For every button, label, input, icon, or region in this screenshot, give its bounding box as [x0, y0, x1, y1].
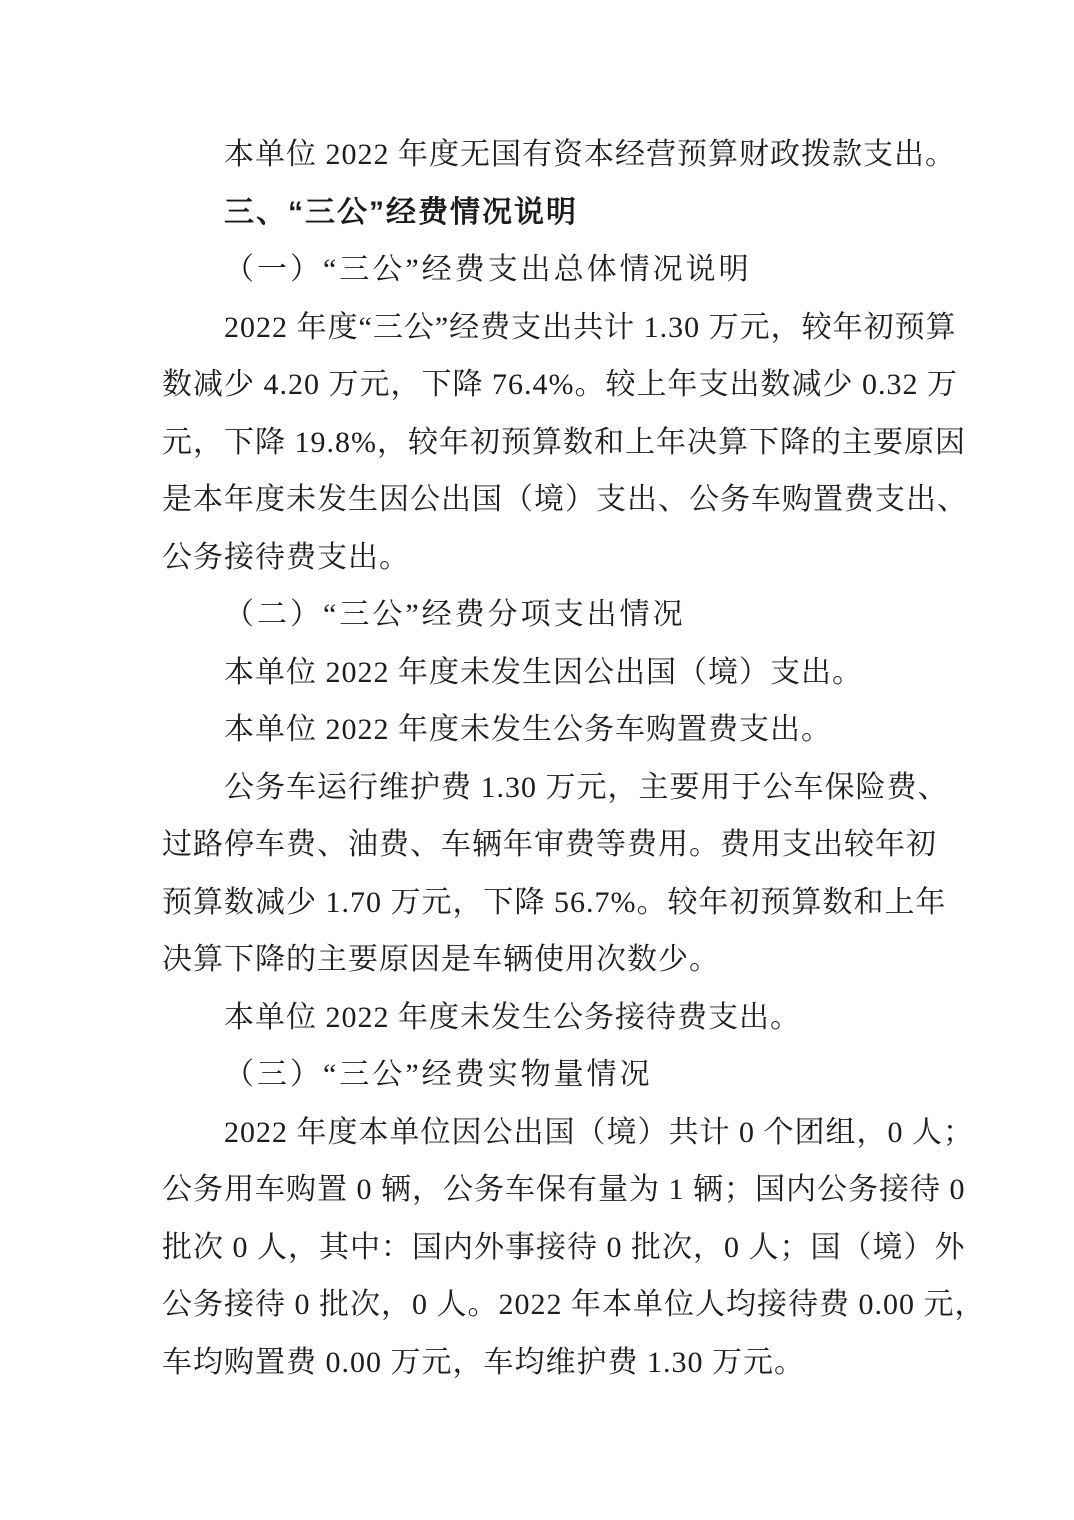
text-line: 公务用车购置 0 辆，公务车保有量为 1 辆；国内公务接待 0: [162, 1161, 922, 1219]
text-line: 公务车运行维护费 1.30 万元，主要用于公车保险费、: [162, 759, 922, 817]
text-line: 本单位 2022 年度未发生公务接待费支出。: [162, 989, 922, 1047]
text-line: 决算下降的主要原因是车辆使用次数少。: [162, 931, 922, 989]
text-line: 2022 年度本单位因公出国（境）共计 0 个团组，0 人；: [162, 1104, 922, 1162]
text-line: 批次 0 人，其中：国内外事接待 0 批次，0 人；国（境）外: [162, 1219, 922, 1277]
section-heading: 三、“三公”经费情况说明: [162, 184, 922, 242]
subsection-heading: （二）“三公”经费分项支出情况: [162, 586, 922, 644]
subsection-heading: （一）“三公”经费支出总体情况说明: [162, 241, 922, 299]
text-line: 是本年度未发生因公出国（境）支出、公务车购置费支出、: [162, 471, 922, 529]
text-line: 数减少 4.20 万元，下降 76.4%。较上年支出数减少 0.32 万: [162, 356, 922, 414]
text-line: 本单位 2022 年度无国有资本经营预算财政拨款支出。: [162, 126, 922, 184]
text-line: 车均购置费 0.00 万元，车均维护费 1.30 万元。: [162, 1334, 922, 1392]
text-line: 公务接待 0 批次，0 人。2022 年本单位人均接待费 0.00 元，: [162, 1276, 922, 1334]
document-page: 本单位 2022 年度无国有资本经营预算财政拨款支出。三、“三公”经费情况说明（…: [0, 0, 1074, 1520]
text-line: 预算数减少 1.70 万元，下降 56.7%。较年初预算数和上年: [162, 874, 922, 932]
text-line: 公务接待费支出。: [162, 529, 922, 587]
text-line: 本单位 2022 年度未发生因公出国（境）支出。: [162, 644, 922, 702]
subsection-heading: （三）“三公”经费实物量情况: [162, 1046, 922, 1104]
document-content: 本单位 2022 年度无国有资本经营预算财政拨款支出。三、“三公”经费情况说明（…: [162, 126, 922, 1391]
text-line: 元，下降 19.8%，较年初预算数和上年决算下降的主要原因: [162, 414, 922, 472]
text-line: 本单位 2022 年度未发生公务车购置费支出。: [162, 701, 922, 759]
text-line: 2022 年度“三公”经费支出共计 1.30 万元，较年初预算: [162, 299, 922, 357]
text-line: 过路停车费、油费、车辆年审费等费用。费用支出较年初: [162, 816, 922, 874]
